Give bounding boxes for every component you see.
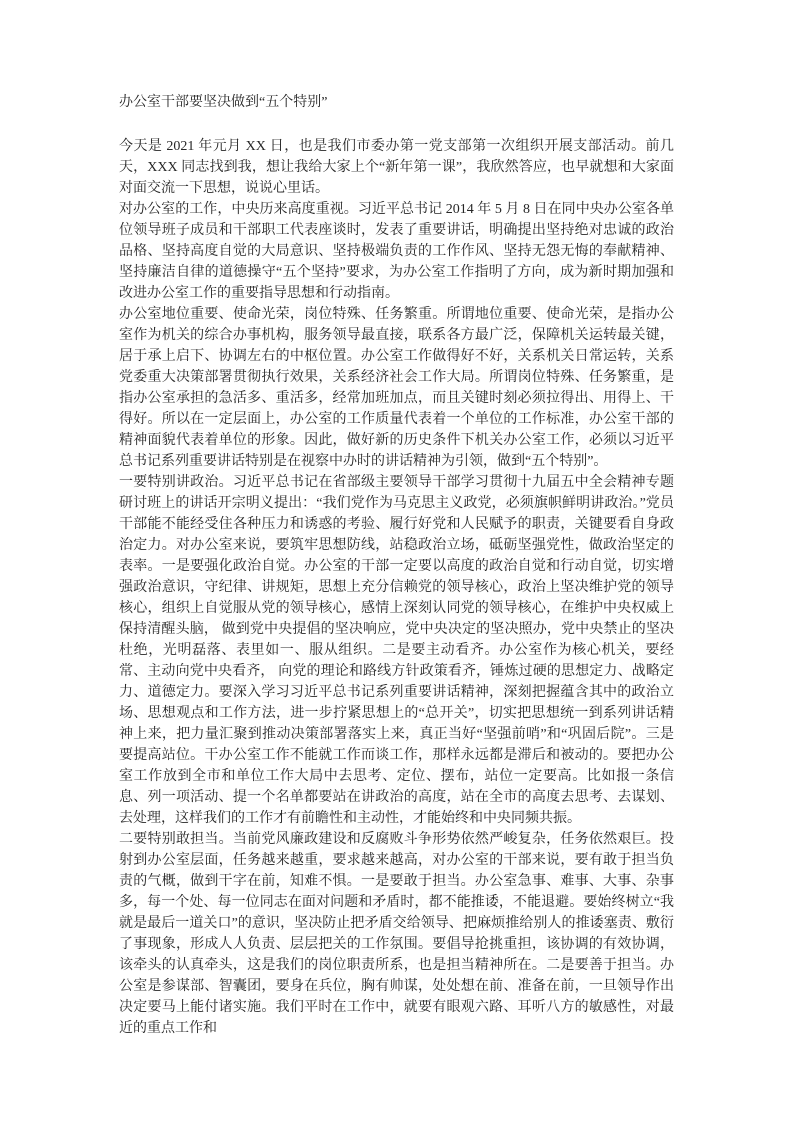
paragraph: 对办公室的工作，中央历来高度重视。习近平总书记 2014 年 5 月 8 日在同…	[119, 199, 674, 304]
paragraph: 办公室地位重要、使命光荣，岗位特殊、任务繁重。所谓地位重要、使命光荣，是指办公室…	[119, 304, 674, 472]
paragraph: 二要特别敢担当。当前党风廉政建设和反腐败斗争形势依然严峻复杂，任务依然艰巨。投射…	[119, 829, 674, 1039]
document-body: 今天是 2021 年元月 XX 日，也是我们市委办第一党支部第一次组织开展支部活…	[119, 136, 674, 1039]
document-title: 办公室干部要坚决做到“五个特别”	[119, 92, 674, 113]
paragraph: 一要特别讲政治。习近平总书记在省部级主要领导干部学习贯彻十九届五中全会精神专题研…	[119, 472, 674, 829]
paragraph: 今天是 2021 年元月 XX 日，也是我们市委办第一党支部第一次组织开展支部活…	[119, 136, 674, 199]
document-page: 办公室干部要坚决做到“五个特别” 今天是 2021 年元月 XX 日，也是我们市…	[0, 0, 794, 1122]
